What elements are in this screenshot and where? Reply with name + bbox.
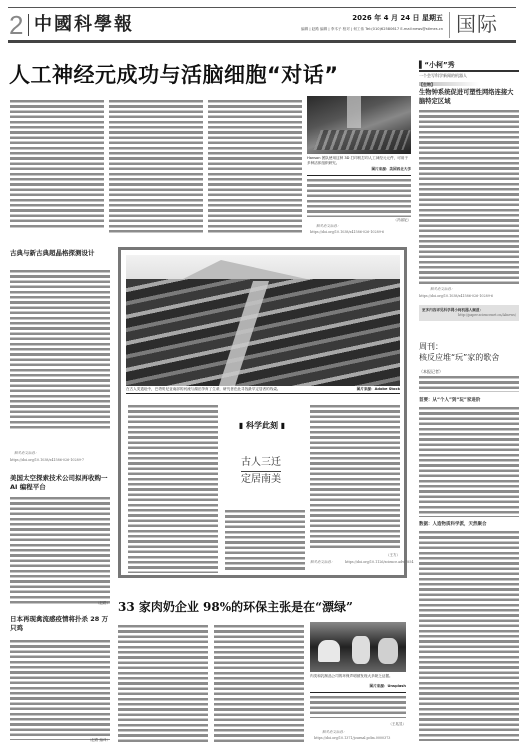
commentary-byline: （本报记者） <box>419 369 519 375</box>
feature-photo-credit: 图片来源：Adobe Stock <box>336 387 400 392</box>
bottom-source-label: 相关论文信息： <box>322 730 382 735</box>
left-story-1-doi[interactable]: https://doi.org/10.1038/s41586-026-10289… <box>10 458 110 462</box>
left-story-1-headline: 古典与新古典超晶格探测设计 <box>10 249 110 258</box>
commentary-subsection-2: 数据：人造物质科学派，天然聚合 <box>419 521 519 527</box>
bottom-body-col-2 <box>214 625 304 743</box>
sidebar-source-label: 相关论文信息： <box>430 287 520 292</box>
lead-photo-3d-printer <box>307 96 411 154</box>
cow-shape-1 <box>318 640 340 662</box>
feature-photo-caption: 在古人类遗址中，巴塔哥尼亚南部的河流与湖泊孕育了生命，研究者在此寻找最早定居者的… <box>126 387 336 392</box>
cow-shape-3 <box>378 638 398 664</box>
printer-nozzle-shape <box>347 96 361 128</box>
bottom-photo-caption: 肉类和乳制品公司的环保声明被发现大多缺乏证据。 <box>310 674 406 679</box>
sidebar-title-rule <box>419 70 519 72</box>
poem-line-2: 定居南美 <box>226 472 296 488</box>
bottom-body-col-3 <box>310 696 406 718</box>
page-number-divider <box>28 14 29 36</box>
feature-source-label: 相关论文信息： <box>310 560 350 565</box>
bottom-doi-link[interactable]: https://doi.org/10.1371/journal.pclm.000… <box>314 736 410 740</box>
sidebar-column-title: ▌“小柯”秀 <box>419 60 519 70</box>
left-story-2-author: （赵路） <box>10 601 110 606</box>
feature-photo-river-valley <box>126 255 400 386</box>
left-story-1-body <box>10 270 110 430</box>
page-number: 2 <box>9 12 23 38</box>
lead-body-col-1 <box>10 100 104 230</box>
lead-author: （冯丽妃） <box>307 218 411 223</box>
section-title: 国际 <box>456 12 498 36</box>
left-story-2-body <box>10 497 110 605</box>
left-story-3-headline: 日本再现禽流感疫情将扑杀 28 万只鸡 <box>10 615 110 633</box>
left-story-2-headline: 美国太空探索技术公司拟再收购一 AI 编程平台 <box>10 474 110 492</box>
cow-shape-2 <box>352 636 370 664</box>
feature-body-col-1 <box>128 405 218 573</box>
lead-headline: 人工神经元成功与活脑细胞“对话” <box>9 62 339 88</box>
newspaper-logo: 中國科學報 <box>34 14 134 36</box>
poem-line-1: 古人三迁 <box>241 455 281 472</box>
commentary-body-1 <box>419 407 519 517</box>
lead-doi-link[interactable]: https://doi.org/10.1038/s41586-026-10289… <box>310 230 414 234</box>
bottom-author: （王兆昱） <box>310 722 406 727</box>
top-rule <box>8 7 516 8</box>
feature-body-col-3 <box>310 405 400 550</box>
issue-date: 2026 年 4 月 24 日 星期五 <box>352 13 443 23</box>
left-story-3-author: （赵路 编译） <box>10 738 110 743</box>
mountain-shape <box>181 260 311 280</box>
lead-source-label: 相关论文信息： <box>316 224 410 229</box>
feature-poem: 古人三迁 定居南美 <box>226 455 296 488</box>
sidebar-headline: 生物钟系统促进可塑性网络连接大脑特定区域 <box>419 88 519 106</box>
notice-url[interactable]: http://paper.sciencenet.cn/AInews/ <box>422 313 516 317</box>
feature-doi-link[interactable]: https://doi.org/10.1126/science.adw7854 <box>345 560 401 564</box>
feature-caption-rule <box>126 393 400 394</box>
sidebar-column-title-text: “小柯”秀 <box>424 61 454 69</box>
printed-pattern-shape <box>313 130 410 150</box>
bottom-body-col-1 <box>118 625 208 743</box>
commentary-headline: 核反应堆“玩”家的歌舍 <box>419 352 519 363</box>
lead-photo-caption: Hanson 团队使用这种 3D 打印机打印人工神经元元件，可用于多种活体组织研… <box>307 156 411 166</box>
bottom-headline: 33 家肉奶企业 98%的环保主张是在“漂绿” <box>118 598 353 615</box>
section-divider <box>449 12 450 38</box>
commentary-subsection-1: 首要：从“个人”到“玩”家进阶 <box>419 397 519 403</box>
sidebar-notice-box: 更多内容详见科学网小柯机器人频道： http://paper.sciencene… <box>419 305 519 321</box>
lead-photo-rule <box>307 175 411 176</box>
lead-body-col-3 <box>208 100 302 235</box>
lead-photo-credit: 图片来源：美国西北大学 <box>307 167 411 172</box>
left-story-1-source-label: 相关论文信息： <box>14 451 104 456</box>
commentary-label: 周刊： <box>419 341 519 352</box>
bottom-photo-rule <box>310 692 406 693</box>
masthead-rule <box>8 40 516 43</box>
left-story-3-body <box>10 640 110 740</box>
feature-author: （王方） <box>310 553 400 558</box>
sidebar-doi-link[interactable]: https://doi.org/10.1038/s41586-026-10289… <box>419 294 519 298</box>
sidebar-body <box>419 110 519 285</box>
commentary-body-2 <box>419 531 519 741</box>
bottom-photo-credit: 图片来源：Unsplash <box>310 684 406 689</box>
lead-body-col-4 <box>307 179 411 217</box>
lead-body-col-2 <box>109 100 203 235</box>
feature-column-title: ▮ 科学此刻 ▮ <box>227 420 297 431</box>
feature-body-col-2 <box>225 510 305 570</box>
sidebar-column-subtitle: 一个会写科学新闻的机器人 <box>419 73 519 79</box>
editor-contact: 编辑 | 赵路 编辑 | 李木子 校对 | 何工伟 Tel:(010)62580… <box>301 27 443 32</box>
bottom-photo-dairy-cows <box>310 622 406 672</box>
feature-column-title-text: 科学此刻 <box>246 421 278 430</box>
commentary-intro <box>419 376 519 392</box>
